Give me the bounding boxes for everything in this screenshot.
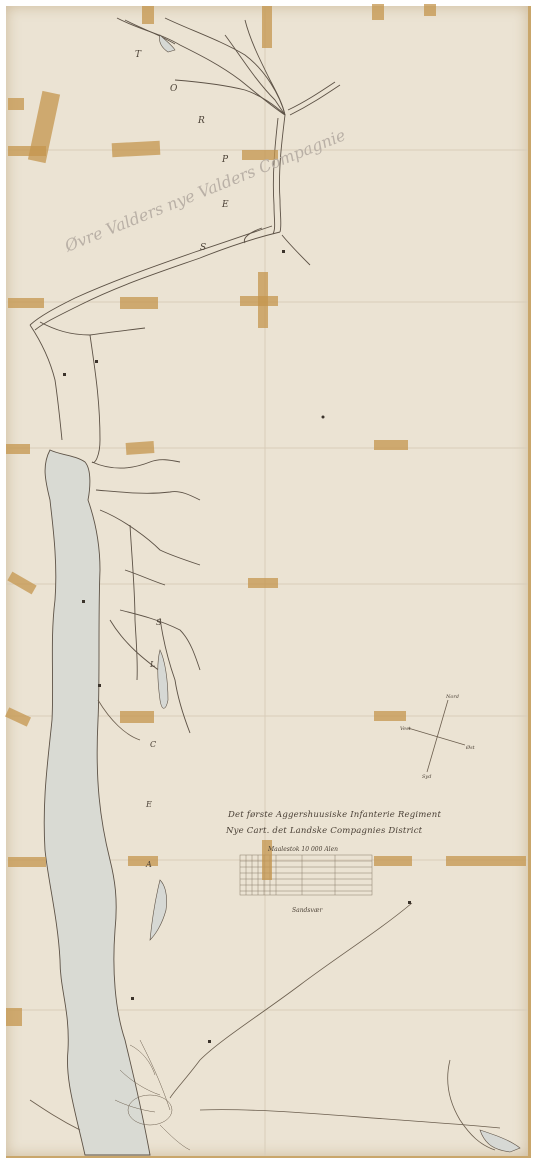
lake-southeast [480,1130,520,1152]
region-letter: S [200,243,206,253]
scale-bar [240,855,372,895]
small-lake [158,650,168,708]
tape-strip [8,298,44,308]
tape-strip [128,856,158,866]
tape-strip [120,711,154,723]
tape-strip [258,272,268,328]
tape-strip [6,444,30,454]
northern-rivers [30,18,340,330]
region-letter: C [150,740,156,749]
tape-strip [126,441,155,455]
tape-strip [112,141,161,157]
tape-strip [8,857,46,867]
tape-strip [374,856,412,866]
place-name: Sandsvær [292,907,322,914]
tape-strip [374,440,408,450]
region-letter: O [170,84,177,94]
region-letter: E [146,800,152,809]
main-lake [44,450,150,1155]
region-letter: E [222,200,229,210]
tape-strip [8,146,46,156]
lake-south [150,880,167,940]
compass-north: Nord [446,694,459,700]
lake-north [159,35,175,52]
tape-strip [8,98,24,110]
compass-south: Syd [422,774,431,780]
tape-strip [6,1008,22,1026]
compass-cross [408,700,465,772]
tape-strip [248,578,278,588]
tape-strip [372,4,384,20]
region-letter: P [222,155,228,165]
region-letter: T [135,50,141,60]
region-letter: A [146,860,152,869]
tape-strip [424,4,436,16]
region-letter: R [198,116,205,126]
tape-strip [374,711,406,721]
tape-strip [120,297,158,309]
tape-strip [142,6,154,24]
region-letter: L [150,660,155,669]
region-letter: S [156,618,161,627]
compass-east: Øst [466,745,475,751]
map-title-line1: Det første Aggershuusiske Infanterie Reg… [228,810,441,820]
tape-strip [262,6,272,48]
map-title-line2: Nye Cart. det Landske Compagnies Distric… [226,826,422,836]
compass-west: Vest [400,726,411,732]
tape-strip [446,856,526,866]
scale-label: Maalestok 10 000 Alen [268,846,338,853]
